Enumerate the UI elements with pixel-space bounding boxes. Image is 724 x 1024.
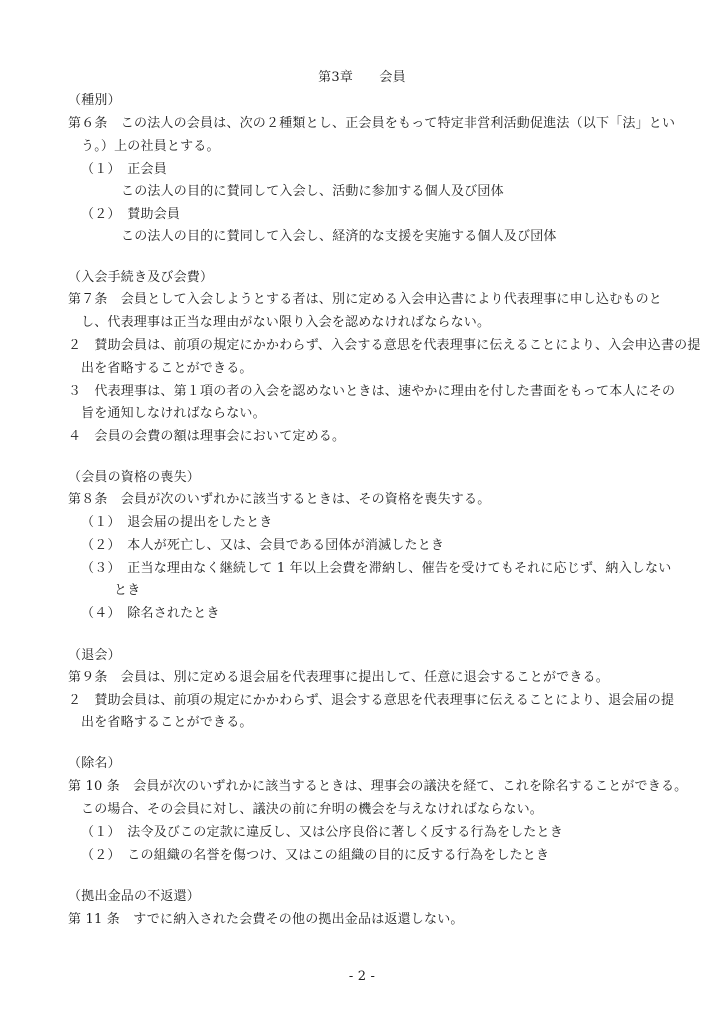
section-heading: （種別） [68,93,121,109]
article-11-line: 第 11 条 すでに納入された会費その他の拠出金品は返還しない。 [68,912,464,928]
article-6-line: 第６条 この法人の会員は、次の２種類とし、正会員をもって特定非営利活動促進法（以… [68,116,675,132]
list-item-label: （１） 正会員 [81,162,167,178]
list-item-label: （２） 賛助会員 [81,207,180,223]
section-heading: （拠出金品の不返還） [68,889,200,905]
page-number: - 2 - [0,969,724,985]
list-item: （３） 正当な理由なく継続して 1 年以上会費を滞納し、催告を受けてもそれに応じ… [81,561,671,577]
document-page: 第3章 会員 （種別） 第６条 この法人の会員は、次の２種類とし、正会員をもって… [0,0,724,1024]
article-10-line: 第 10 条 会員が次のいずれかに該当するときは、理事会の議決を経て、これを除名… [68,779,687,795]
paragraph-2: ２ 賛助会員は、前項の規定にかかわらず、入会する意思を代表理事に伝えることにより… [68,338,701,354]
paragraph-4: ４ 会員の会費の額は理事会において定める。 [68,429,345,445]
section-heading: （退会） [68,648,121,664]
list-item: （４） 除名されたとき [81,606,220,622]
list-item-description: この法人の目的に賛同して入会し、経済的な支援を実施する個人及び団体 [121,229,557,245]
list-item-description: この法人の目的に賛同して入会し、活動に参加する個人及び団体 [121,184,504,200]
paragraph-2-continuation: 出を省略することができる。 [81,715,253,731]
paragraph-2: ２ 賛助会員は、前項の規定にかかわらず、退会する意思を代表理事に伝えることにより… [68,693,674,709]
paragraph-2-continuation: 出を省略することができる。 [81,361,253,377]
list-item-continuation: とき [114,583,140,599]
article-7-line: 第７条 会員として入会しようとする者は、別に定める入会申込書により代表理事に申し… [68,292,662,308]
article-6-continuation: う。）上の社員とする。 [81,139,220,155]
paragraph-3: ３ 代表理事は、第１項の者の入会を認めないときは、速やかに理由を付した書面をもっ… [68,384,675,400]
article-8-line: 第８条 会員が次のいずれかに該当するときは、その資格を喪失する。 [68,492,490,508]
paragraph-3-continuation: 旨を通知しなければならない。 [81,406,266,422]
list-item: （１） 退会届の提出をしたとき [81,515,273,531]
chapter-title: 第3章 会員 [0,70,724,86]
list-item: （２） この組織の名誉を傷つけ、又はこの組織の目的に反する行為をしたとき [81,848,549,864]
article-9-line: 第９条 会員は、別に定める退会届を代表理事に提出して、任意に退会することができる… [68,670,609,686]
list-item: （１） 法令及びこの定款に違反し、又は公序良俗に著しく反する行為をしたとき [81,825,563,841]
section-heading: （会員の資格の喪失） [68,470,200,486]
article-7-continuation: し、代表理事は正当な理由がない限り入会を認めなければならない。 [81,315,490,331]
section-heading: （入会手続き及び会費） [68,270,213,286]
section-heading: （除名） [68,756,121,772]
article-10-continuation: この場合、その会員に対し、議決の前に弁明の機会を与えなければならない。 [81,802,543,818]
list-item: （２） 本人が死亡し、又は、会員である団体が消滅したとき [81,538,444,554]
